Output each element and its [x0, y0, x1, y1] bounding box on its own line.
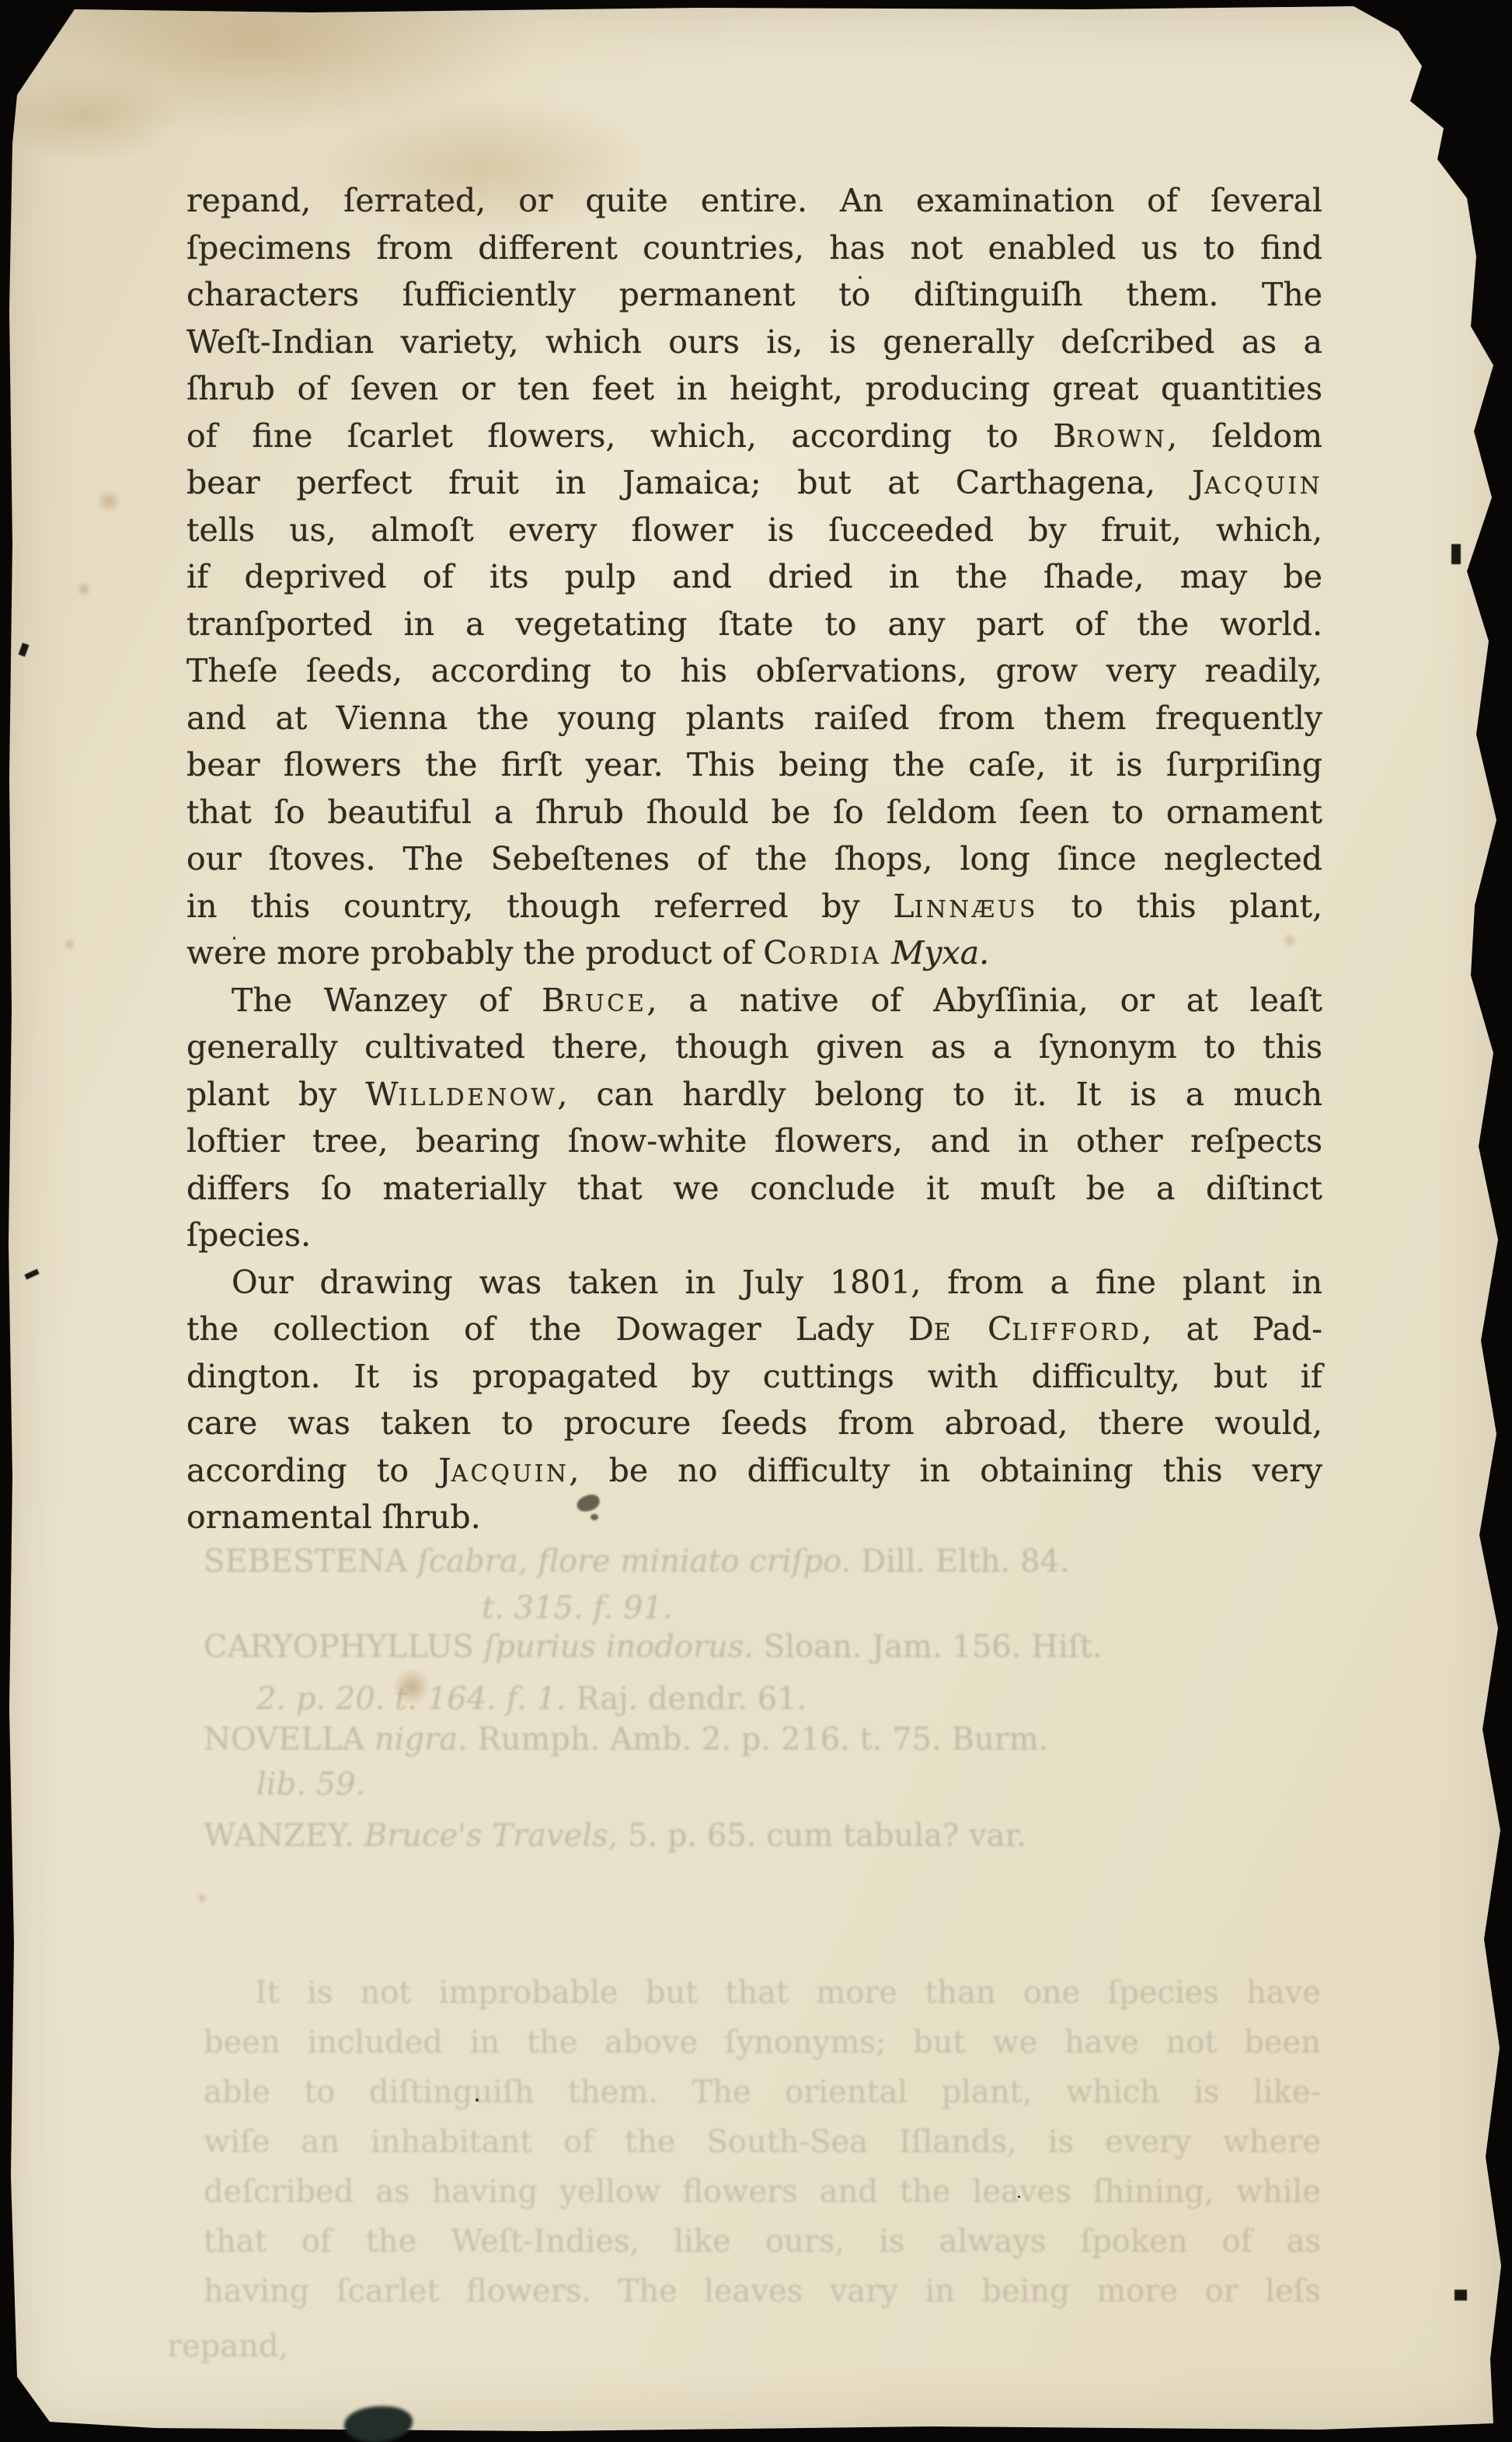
text-line: our ſtoves. The Sebeſtenes of the ſhops,… — [186, 836, 1322, 883]
text-segment: tells us, almoſt every flower is ſucceed… — [186, 511, 1322, 549]
text-line: characters ſufficiently permanent to diſ… — [186, 271, 1322, 319]
text-line: if deprived of its pulp and dried in the… — [186, 553, 1322, 601]
text-line: bear flowers the firſt year. This being … — [186, 741, 1322, 789]
text-line: differs ſo materially that we conclude i… — [186, 1165, 1322, 1212]
text-segment: C — [763, 934, 787, 972]
text-segment: ACQUIN — [1204, 473, 1322, 499]
text-segment: generally cultivated there, though given… — [186, 1028, 1322, 1066]
text-segment: The Wanzey of — [232, 982, 542, 1019]
text-line: dington. It is propagated by cuttings wi… — [186, 1353, 1322, 1401]
text-segment: characters ſufficiently permanent to diſ… — [186, 276, 1322, 313]
text-segment: ſpecimens from different countries, has … — [186, 229, 1322, 267]
text-line: Weſt-Indian variety, which ours is, is g… — [186, 319, 1322, 366]
text-segment: in this country, though referred by — [186, 888, 893, 925]
ghost-text-line: been included in the above ſynonyms; but… — [204, 2024, 1321, 2061]
text-segment: W — [365, 1076, 398, 1113]
text-segment: Weſt-Indian variety, which ours is, is g… — [186, 323, 1322, 361]
speck — [579, 482, 581, 484]
text-line: were more probably the product of CORDIA… — [186, 930, 1322, 977]
text-segment: C — [988, 1310, 1012, 1348]
text-segment: Theſe ſeeds, according to his obſervatio… — [186, 652, 1322, 689]
speck — [859, 276, 862, 279]
text-segment: differs ſo materially that we conclude i… — [186, 1170, 1322, 1207]
text-segment: L — [893, 888, 914, 925]
speck — [1018, 2196, 1020, 2198]
text-line: ſhrub of ſeven or ten feet in height, pr… — [186, 365, 1322, 413]
text-segment: B — [1053, 417, 1076, 455]
text-line: ornamental ſhrub. — [186, 1494, 1322, 1541]
text-segment: , a native of Abyſſinia, or at leaſt — [647, 982, 1322, 1019]
text-line: of fine ſcarlet flowers, which, accordin… — [186, 413, 1322, 460]
text-segment: to this plant, — [1038, 888, 1322, 925]
text-segment: LIFFORD — [1012, 1319, 1141, 1345]
text-segment: were more probably the product of — [186, 934, 763, 972]
text-segment: plant by — [186, 1076, 365, 1113]
text-line: plant by WILLDENOW, can hardly belong to… — [186, 1071, 1322, 1118]
text-line: bear perfect fruit in Jamaica; but at Ca… — [186, 459, 1322, 507]
text-line: the collection of the Dowager Lady DE CL… — [186, 1306, 1322, 1353]
text-line: tranſported in a vegetating ſtate to any… — [186, 601, 1322, 648]
edge-mark — [1455, 2290, 1467, 2301]
text-segment: J — [1192, 464, 1204, 501]
text-segment: and at Vienna the young plants raiſed fr… — [186, 699, 1322, 737]
ghost-text-line: wiſe an inhabitant of the South-Sea Iſla… — [204, 2123, 1321, 2161]
text-segment: our ſtoves. The Sebeſtenes of the ſhops,… — [186, 840, 1322, 877]
ghost-catchword: repand, — [167, 2328, 288, 2365]
text-segment: care was taken to procure ſeeds from abr… — [186, 1404, 1322, 1442]
text-segment: Our drawing was taken in July 1801, from… — [232, 1264, 1322, 1301]
text-segment: according to — [186, 1452, 438, 1489]
page-text: repand, ſerrated, or quite entire. An ex… — [186, 177, 1322, 1541]
text-segment: bear perfect fruit in Jamaica; but at Ca… — [186, 464, 1192, 501]
ghost-text-line: deſcribed as having yellow flowers and t… — [204, 2173, 1321, 2210]
ink-blot-small — [591, 1514, 598, 1520]
text-line: Theſe ſeeds, according to his obſervatio… — [186, 647, 1322, 695]
text-segment — [953, 1310, 988, 1348]
text-segment: ORDIA — [788, 943, 882, 969]
text-segment: tranſported in a vegetating ſtate to any… — [186, 605, 1322, 643]
text-segment: INNÆUS — [915, 896, 1038, 923]
text-line: repand, ſerrated, or quite entire. An ex… — [186, 177, 1322, 225]
text-segment: J — [438, 1452, 451, 1489]
text-segment: ſpecies. — [186, 1216, 311, 1254]
text-line: tells us, almoſt every flower is ſucceed… — [186, 507, 1322, 554]
text-segment: of fine ſcarlet flowers, which, accordin… — [186, 417, 1053, 455]
text-line: according to JACQUIN, be no difficulty i… — [186, 1447, 1322, 1495]
text-segment: E — [934, 1319, 953, 1345]
text-segment: ornamental ſhrub. — [186, 1498, 481, 1536]
text-segment: , ſeldom — [1167, 417, 1322, 455]
text-segment: ROWN — [1076, 426, 1167, 452]
speck — [476, 2098, 479, 2102]
text-segment: repand, ſerrated, or quite entire. An ex… — [186, 182, 1322, 219]
text-segment: the collection of the Dowager Lady — [186, 1310, 908, 1348]
text-line: ſpecies. — [186, 1212, 1322, 1259]
text-line: generally cultivated there, though given… — [186, 1024, 1322, 1071]
text-line: care was taken to procure ſeeds from abr… — [186, 1400, 1322, 1447]
text-line: that ſo beautiful a ſhrub ſhould be ſo ſ… — [186, 789, 1322, 836]
text-segment: bear flowers the firſt year. This being … — [186, 746, 1322, 783]
text-segment: , be no difficulty in obtaining this ver… — [569, 1452, 1322, 1489]
text-segment: B — [542, 982, 565, 1019]
text-line: in this country, though referred by LINN… — [186, 883, 1322, 930]
text-segment: ſhrub of ſeven or ten feet in height, pr… — [186, 370, 1322, 407]
ghost-text-line: that of the Weſt-Indies, like ours, is a… — [204, 2223, 1321, 2260]
ghost-text-line: able to diſtinguiſh them. The oriental p… — [204, 2074, 1321, 2111]
book-page-scan: SEBESTENA ſcabra, flore miniato criſpo. … — [0, 0, 1512, 2442]
text-segment: , at Pad- — [1142, 1310, 1322, 1348]
text-segment: ACQUIN — [451, 1460, 570, 1487]
text-line: and at Vienna the young plants raiſed fr… — [186, 695, 1322, 742]
text-line: loftier tree, bearing ſnow-white flowers… — [186, 1118, 1322, 1165]
text-segment: Myxa. — [891, 934, 989, 972]
text-segment: D — [908, 1310, 934, 1348]
text-segment: dington. It is propagated by cuttings wi… — [186, 1358, 1322, 1395]
text-segment: that ſo beautiful a ſhrub ſhould be ſo ſ… — [186, 794, 1322, 831]
text-segment: ILLDENOW — [399, 1084, 558, 1111]
text-segment: if deprived of its pulp and dried in the… — [186, 558, 1322, 595]
text-line: Our drawing was taken in July 1801, from… — [186, 1259, 1322, 1306]
edge-mark — [1451, 544, 1461, 564]
text-segment: loftier tree, bearing ſnow-white flowers… — [186, 1122, 1322, 1160]
text-line: ſpecimens from different countries, has … — [186, 225, 1322, 272]
ghost-text-line: It is not improbable but that more than … — [204, 1974, 1321, 2011]
text-segment: RUCE — [565, 990, 646, 1017]
text-segment: , can hardly belong to it. It is a much — [557, 1076, 1322, 1113]
ghost-text-line: having ſcarlet flowers. The leaves vary … — [204, 2273, 1321, 2310]
text-segment — [881, 934, 891, 972]
speck — [233, 937, 235, 940]
text-line: The Wanzey of BRUCE, a native of Abyſſin… — [186, 977, 1322, 1024]
